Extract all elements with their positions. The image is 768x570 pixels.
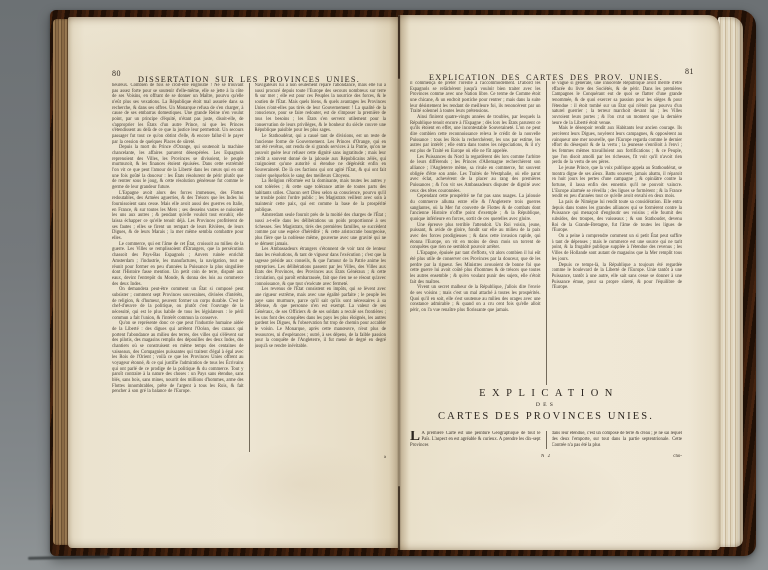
intro-column-1-text: A premiere Carte est une peinture Géogra… <box>410 431 541 448</box>
right-page-stack-edge <box>718 17 743 547</box>
intro-column-2: dans leur étendue, c'est un composé de t… <box>552 431 683 449</box>
right-text-block: il commença de prêter l'oreille à l'acco… <box>410 81 682 385</box>
right-column-2: se vague si générale, une innocente Répu… <box>552 81 683 385</box>
section-heading-line2: DES <box>410 402 682 408</box>
book: 80 DISSERTATION SUR LES PROVINCES UNIES.… <box>50 10 756 556</box>
left-text-block: heureux. Combien de fois se croit-elle e… <box>112 83 386 452</box>
left-column-1: heureux. Combien de fois se croit-elle e… <box>112 83 244 452</box>
section-heading-line3: CARTES DES PROVINCES UNIES. <box>410 411 682 422</box>
left-page-header: 80 DISSERTATION SUR LES PROVINCES UNIES. <box>112 69 386 80</box>
section-heading: EXPLICATION DES CARTES DES PROVINCES UNI… <box>410 388 682 422</box>
right-page: EXPLICATION DES CARTES DES PROV. UNIES. … <box>398 15 720 550</box>
column-divider-rule <box>546 81 547 385</box>
left-catchword: à <box>112 454 386 459</box>
column-divider-rule <box>546 431 547 449</box>
right-page-header: EXPLICATION DES CARTES DES PROV. UNIES. … <box>410 67 682 78</box>
drop-cap: L <box>410 431 422 443</box>
intro-paragraph: LA premiere Carte est une peinture Géogr… <box>410 431 682 449</box>
right-page-number: 81 <box>685 67 694 76</box>
left-column-2: Navigateurs lui a non seulement réparé l… <box>255 83 387 452</box>
signature-line: N 2 cho- <box>410 454 682 462</box>
column-divider-rule <box>249 83 250 452</box>
intro-column-1: LA premiere Carte est une peinture Géogr… <box>410 431 541 449</box>
gathering-signature: N 2 <box>410 454 682 459</box>
photo-backdrop: { "colors": { "backdrop_gray": "#75797c"… <box>0 0 768 570</box>
section-heading-line1: EXPLICATION <box>416 388 682 399</box>
left-page: 80 DISSERTATION SUR LES PROVINCES UNIES.… <box>68 17 398 548</box>
right-column-1: il commença de prêter l'oreille à l'acco… <box>410 81 541 385</box>
right-catchword: cho- <box>673 454 682 459</box>
left-page-number: 80 <box>112 69 121 78</box>
caption-illegible-line <box>28 555 110 559</box>
